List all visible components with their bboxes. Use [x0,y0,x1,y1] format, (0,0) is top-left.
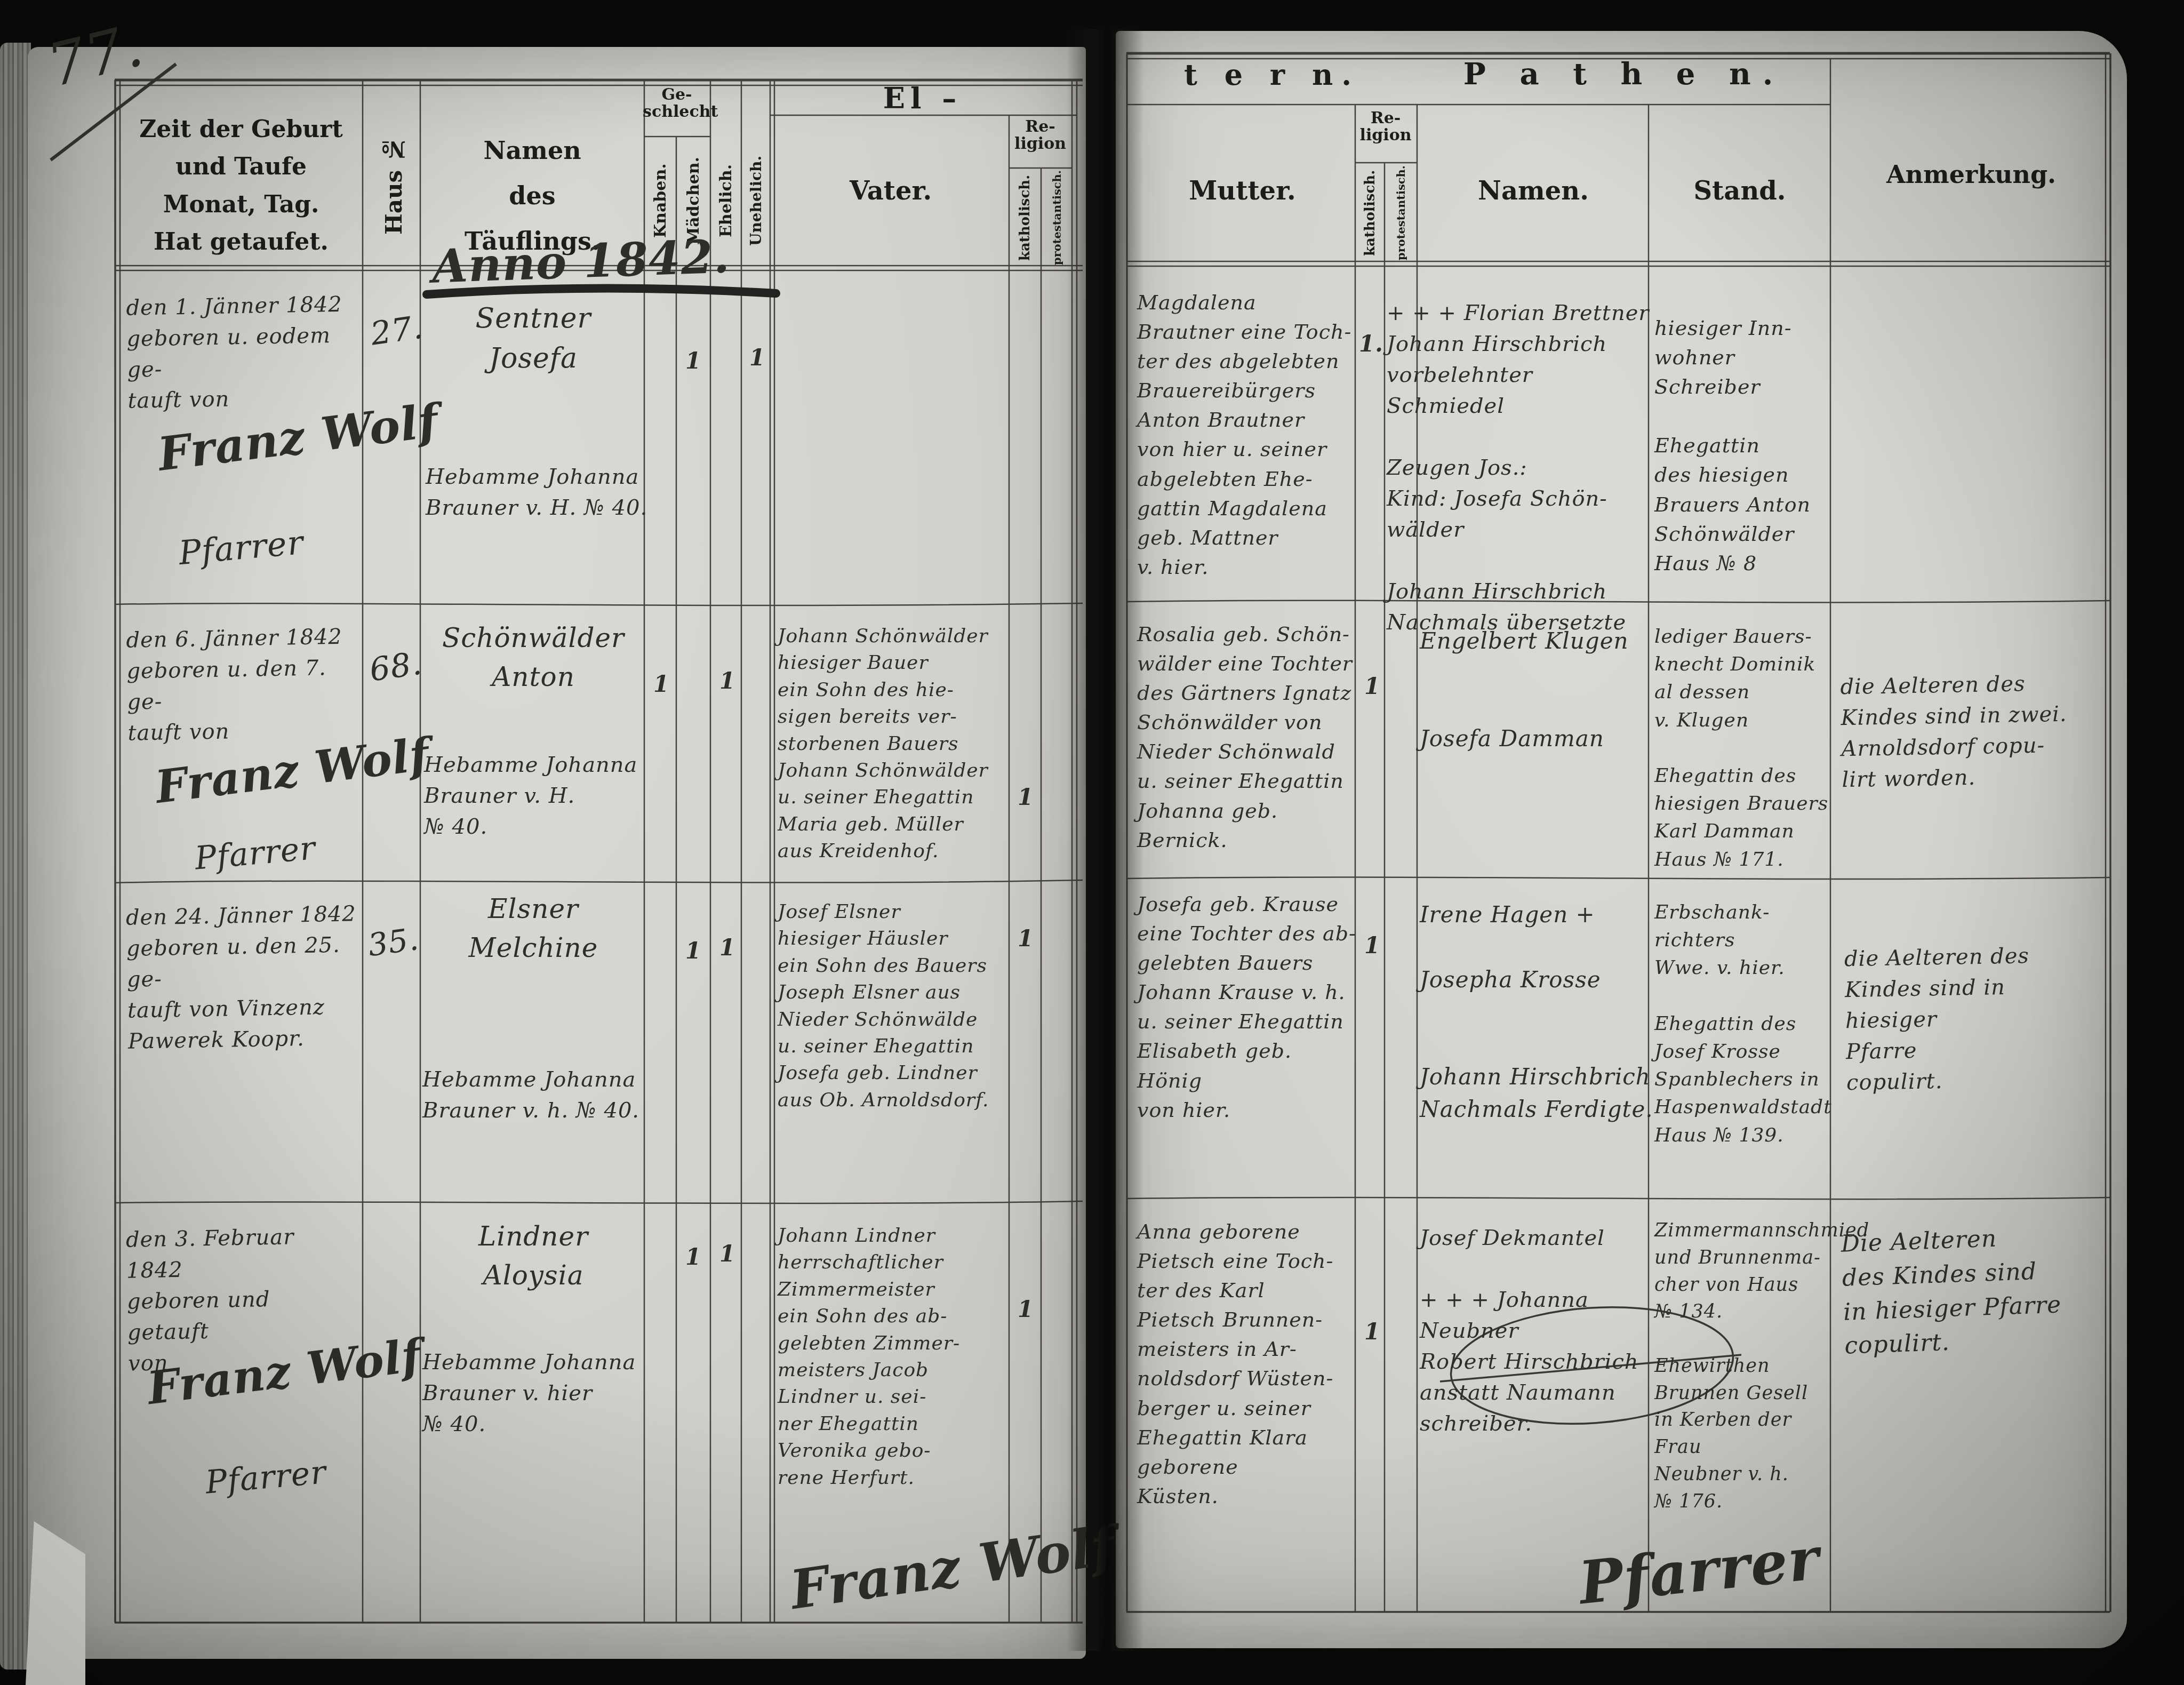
entry-1-pathen-stand: hiesiger Inn- wohner Schreiber Ehegattin… [1654,314,1830,578]
header-anmerkung: Anmerkung. [1835,160,2108,189]
entry-1-maedchen-mark: 1 [678,348,708,374]
entry-2-child-name: Schönwälder Anton [424,619,643,696]
entry-4-mutter-katholisch: 1 [1357,1319,1387,1345]
entry-3-vater: Josef Elsner hiesiger Häusler ein Sohn d… [778,899,1007,1114]
entry-4-pathen-namen: Josef Dekmantel + + + Johanna Neubner Ro… [1420,1223,1660,1439]
entry-3-haus-nr: 35. [366,921,421,964]
header-katholisch-right: katholisch. [1356,165,1385,260]
header-religion-left: Re- ligion [1010,118,1071,152]
entry-4-pathen-stand: Zimmermannschmied und Brunnenma- cher vo… [1654,1217,1833,1515]
entry-3-anmerkung: die Aelteren des Kindes sind in hiesiger… [1844,939,2103,1098]
entry-1-date: den 1. Jänner 1842 geboren u. eodem ge- … [126,289,357,416]
entry-2-mutter: Rosalia geb. Schön- wälder eine Tochter … [1137,620,1361,855]
entry-1-unehelich-mark: 1 [742,345,772,371]
entry-3-pathen-namen: Irene Hagen + Josepha Krosse Johann Hirs… [1420,899,1654,1126]
header-pathen: P a t h e n. [1419,57,1829,92]
book-gutter-shadow [1067,29,1144,1651]
entry-3-mutter: Josefa geb. Krause eine Tochter des ab- … [1137,890,1361,1125]
header-vater: Vater. [776,176,1005,206]
entry-2-knaben-mark: 1 [646,671,676,697]
entry-2-vater: Johann Schönwälder hiesiger Bauer ein So… [778,623,1007,865]
entry-2-midwife: Hebamme Johanna Brauner v. H. № 40. [424,749,648,842]
header-pathen-namen: Namen. [1419,176,1648,206]
header-time-column: Zeit der Geburt und Taufe Monat, Tag. Ha… [122,111,361,261]
entry-1-midwife: Hebamme Johanna Brauner v. H. № 40. [426,461,650,523]
entry-4-child-name: Lindner Aloysia [424,1217,643,1295]
entry-1-mutter: Magdalena Brautner eine Toch- ter des ab… [1137,288,1361,582]
header-unehelich: Unehelich. [742,140,769,261]
entry-2-date: den 6. Jänner 1842 geboren u. den 7. ge-… [126,621,357,748]
anno-heading: Anno 1842. [431,229,731,293]
entry-2-pathen-namen: Engelbert Klugen Josefa Damman [1420,625,1649,755]
entry-4-midwife: Hebamme Johanna Brauner v. hier № 40. [422,1347,652,1440]
header-religion-right: Re- ligion [1356,110,1415,143]
entry-4-vater-katholisch: 1 [1011,1296,1041,1322]
entry-4-vater: Johann Lindner herrschaftlicher Zimmerme… [778,1223,1007,1491]
header-haus-nr: Haus № [369,109,418,261]
entry-3-mutter-katholisch: 1 [1357,932,1387,959]
header-katholisch-left: katholisch. [1010,172,1040,263]
entry-2-haus-nr: 68. [367,644,425,689]
header-geschlecht: Ge- schlecht [643,86,711,120]
entry-2-anmerkung: die Aelteren des Kindes sind in zwei. Ar… [1840,667,2103,796]
entry-1-pathen-namen: + + + Florian Brettner Johann Hirschbric… [1387,298,1653,638]
entry-2-vater-katholisch: 1 [1011,784,1041,810]
entry-3-pathen-stand: Erbschank- richters Wwe. v. hier. Ehegat… [1654,899,1830,1149]
entry-4-anmerkung: Die Aelteren des Kindes sind in hiesiger… [1841,1218,2112,1363]
entry-4-mutter: Anna geborene Pietsch eine Toch- ter des… [1137,1217,1361,1511]
entry-2-ehelich-mark: 1 [713,668,742,694]
entry-4-ehelich-mark: 1 [713,1241,742,1267]
header-eltern-left: El – [774,81,1070,115]
entry-3-maedchen-mark: 1 [678,938,708,964]
entry-3-midwife: Hebamme Johanna Brauner v. h. № 40. [422,1064,652,1126]
header-protestantisch-right: protestantisch. [1386,164,1415,261]
entry-3-date: den 24. Jänner 1842 geboren u. den 25. g… [126,898,363,1057]
entry-2-pathen-stand: lediger Bauers- knecht Dominik al dessen… [1654,623,1830,874]
register-scan: 77. Zeit der Geburt und Taufe Monat, Tag… [0,0,2184,1685]
entry-4-maedchen-mark: 1 [678,1244,708,1270]
header-stand: Stand. [1650,176,1829,206]
entry-1-haus-nr: 27. [369,308,426,353]
entry-1-child-name: Sentner Josefa [427,299,640,379]
book-fore-edge [0,43,31,1670]
entry-3-ehelich-mark: 1 [713,935,742,961]
header-eltern-right: t e r n. [1131,58,1413,92]
entry-3-vater-katholisch: 1 [1011,925,1041,952]
entry-3-child-name: Elsner Melchine [424,890,643,967]
entry-2-mutter-katholisch: 1 [1357,673,1387,699]
header-mutter: Mutter. [1132,176,1353,206]
entry-1-mutter-katholisch: 1. [1356,331,1386,357]
